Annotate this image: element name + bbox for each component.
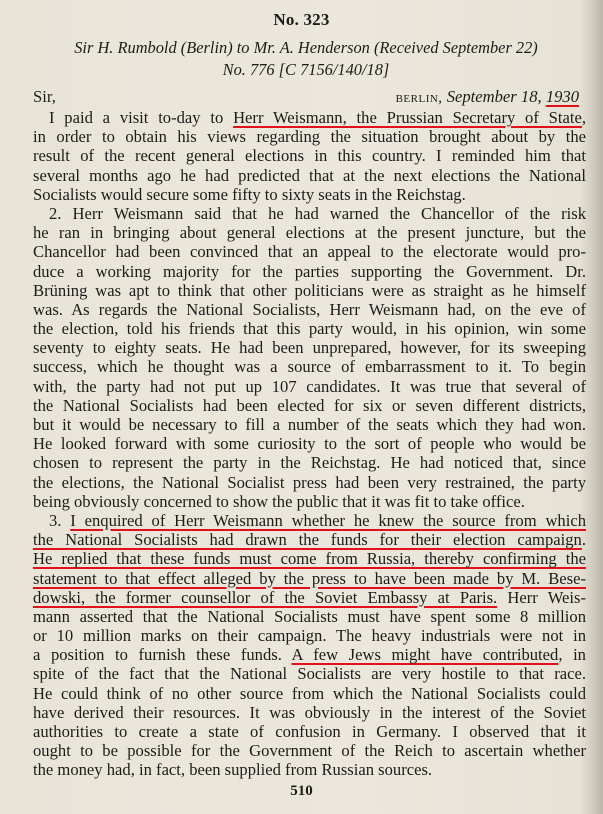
paragraph-3: 3. I enquired of Herr Weismann whether h… bbox=[33, 511, 586, 780]
text-line: ought to be possible for the Government … bbox=[33, 741, 586, 760]
text-line: with, the party had not put up 107 candi… bbox=[33, 377, 586, 396]
text-line: Socialists would secure some fifty to si… bbox=[33, 185, 586, 204]
text-span: , in bbox=[558, 645, 586, 664]
text-line: result of the recent general elections i… bbox=[33, 146, 586, 165]
text-span: I paid a visit to-day to bbox=[49, 108, 233, 127]
underlined-text: I enquired of Herr Weismann whether he k… bbox=[70, 511, 586, 530]
paragraph-2: 2. Herr Weismann said that he had warned… bbox=[33, 204, 586, 511]
text-line: the money had, in fact, been supplied fr… bbox=[33, 760, 586, 779]
text-line: Brüning was apt to think that other poli… bbox=[33, 281, 586, 300]
underlined-text: Herr Weismann, the Prussian Secretary of… bbox=[233, 108, 582, 127]
underlined-text: dowski, the former counsellor of the Sov… bbox=[33, 588, 497, 607]
text-line: the elections, the National Socialist pr… bbox=[33, 473, 586, 492]
text-line: duce a working majority for the parties … bbox=[33, 262, 586, 281]
paragraph-number: 3. bbox=[49, 511, 70, 530]
text-line: statement to that effect alleged by the … bbox=[33, 569, 586, 588]
text-span: a position to furnish these funds. bbox=[33, 645, 292, 664]
underlined-text: He replied that these funds must come fr… bbox=[33, 549, 586, 568]
text-span: . bbox=[582, 530, 586, 549]
text-line: have derived their resources. It was obv… bbox=[33, 703, 586, 722]
underlined-text: A few Jews might have contributed bbox=[292, 645, 559, 664]
text-line: mann asserted that the National Socialis… bbox=[33, 607, 586, 626]
underlined-text: statement to that effect alleged by the … bbox=[33, 569, 586, 588]
text-line: but it would be necessary to fill a numb… bbox=[33, 415, 586, 434]
document-heading: Sir H. Rumbold (Berlin) to Mr. A. Hender… bbox=[36, 38, 576, 58]
text-line: I paid a visit to-day to Herr Weismann, … bbox=[33, 108, 586, 127]
text-span: , bbox=[582, 108, 586, 127]
dateline: Berlin, September 18, 1930 bbox=[396, 87, 579, 107]
text-line: 3. I enquired of Herr Weismann whether h… bbox=[33, 511, 586, 530]
text-line: 2. Herr Weismann said that he had warned… bbox=[33, 204, 586, 223]
salutation: Sir, bbox=[33, 87, 56, 107]
text-line: several months ago he had predicted that… bbox=[33, 166, 586, 185]
text-line: authorities to create a state of confusi… bbox=[33, 722, 586, 741]
text-line: the National Socialists had drawn the fu… bbox=[33, 530, 586, 549]
text-line: a position to furnish these funds. A few… bbox=[33, 645, 586, 664]
text-line: He replied that these funds must come fr… bbox=[33, 549, 586, 568]
text-line: spite of the fact that the National Soci… bbox=[33, 664, 586, 683]
document-number: No. 323 bbox=[0, 10, 603, 30]
text-line: or 10 million marks on their campaign. T… bbox=[33, 626, 586, 645]
dateline-date: September 18, bbox=[447, 87, 542, 106]
text-line: dowski, the former counsellor of the Sov… bbox=[33, 588, 586, 607]
text-line: Chancellor had been convinced that an ap… bbox=[33, 242, 586, 261]
text-line: He could think of no other source from w… bbox=[33, 684, 586, 703]
text-line: in order to obtain his views regarding t… bbox=[33, 127, 586, 146]
text-span: Herr Weis- bbox=[497, 588, 586, 607]
document-page: No. 323 Sir H. Rumbold (Berlin) to Mr. A… bbox=[0, 0, 603, 814]
dateline-place: Berlin, bbox=[396, 90, 443, 106]
text-line: He looked forward with some curiosity to… bbox=[33, 434, 586, 453]
text-line: he ran in bringing about general electio… bbox=[33, 223, 586, 242]
text-line: success, which he thought was a source o… bbox=[33, 357, 586, 376]
text-line: seventy to eighty seats. He had been unp… bbox=[33, 338, 586, 357]
text-line: was. As regards the National Socialists,… bbox=[33, 300, 586, 319]
text-line: the election, told his friends that this… bbox=[33, 319, 586, 338]
letter-body: I paid a visit to-day to Herr Weismann, … bbox=[33, 108, 586, 780]
text-line: being obviously concerned to show the pu… bbox=[33, 492, 586, 511]
document-reference: No. 776 [C 7156/140/18] bbox=[36, 60, 576, 80]
page-number: 510 bbox=[0, 783, 603, 800]
paragraph-1: I paid a visit to-day to Herr Weismann, … bbox=[33, 108, 586, 204]
underlined-text: the National Socialists had drawn the fu… bbox=[33, 530, 582, 549]
dateline-year: 1930 bbox=[546, 87, 579, 106]
text-line: chosen to represent the party in the Rei… bbox=[33, 453, 586, 472]
text-line: the National Socialists had been elected… bbox=[33, 396, 586, 415]
